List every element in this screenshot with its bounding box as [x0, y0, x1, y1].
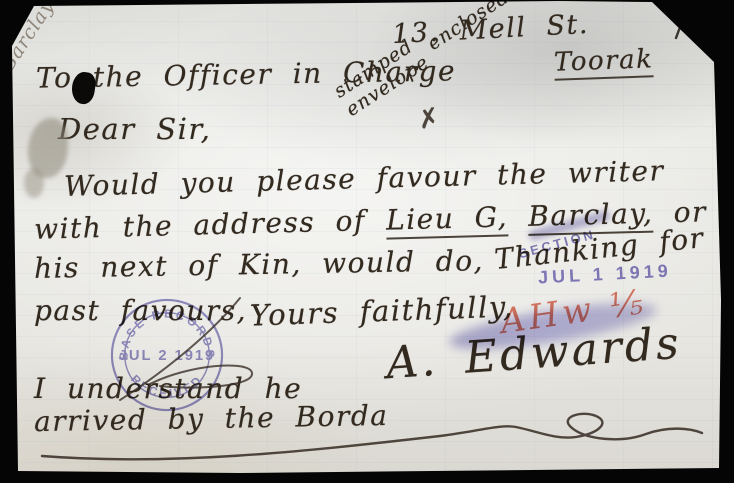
base-records-stamp-svg: BASE RECORDS RECEIVED JUL 2 1919 [108, 296, 226, 414]
base-records-stamp: BASE RECORDS RECEIVED JUL 2 1919 [108, 296, 226, 414]
stamp-date-text: JUL 2 1919 [119, 348, 215, 364]
x-mark: ✗ [415, 102, 444, 136]
closing-line: Yours faithfully, [249, 289, 514, 332]
body-line-1: Would you please favour the writer [64, 154, 665, 203]
address-suburb: Toorak [554, 44, 654, 77]
body-line-3: his next of Kin, would do, [34, 244, 484, 285]
letter-paper: Barclay 13. Mell St. Toorak To the Offic… [0, 0, 734, 483]
salutation: Dear Sir, [58, 112, 211, 146]
stamp-arc-bottom-text: RECEIVED [128, 372, 206, 401]
name-lieu-g: Lieu G, [386, 200, 509, 239]
scanned-letter: Barclay 13. Mell St. Toorak To the Offic… [0, 0, 734, 483]
suburb-underlined: Toorak [554, 44, 654, 80]
body-line-2-prefix: with the address of [34, 204, 366, 246]
ink-blot-tail [24, 168, 44, 198]
corner-pen-mark [676, 5, 692, 38]
stamp-arc-bottom-label: RECEIVED [128, 372, 206, 401]
